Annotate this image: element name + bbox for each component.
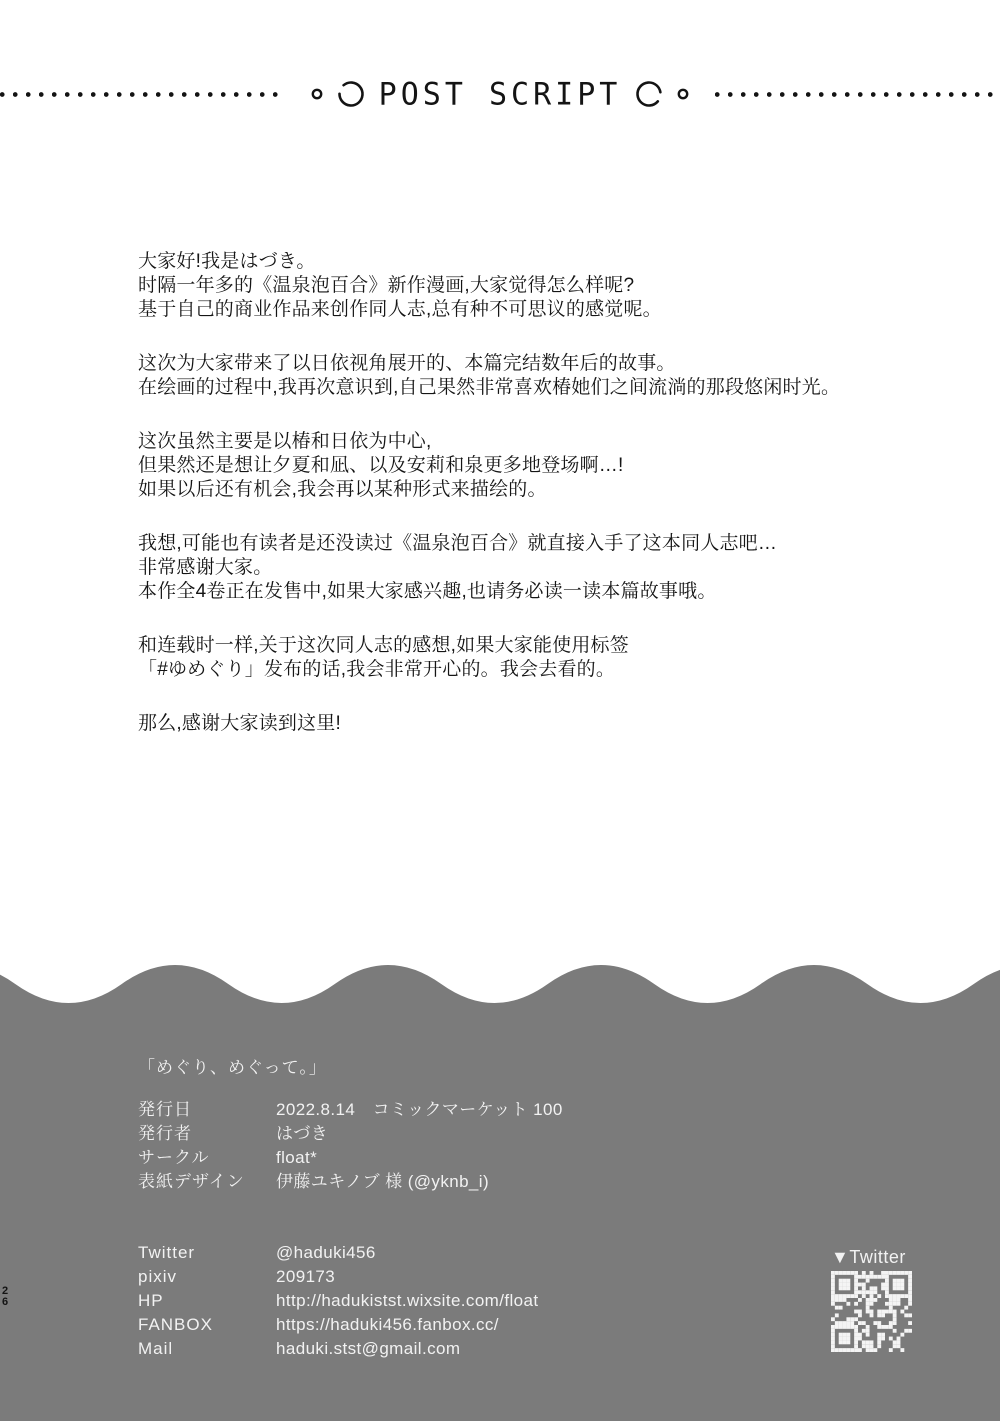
contact-label: FANBOX — [138, 1313, 276, 1337]
homepage-url: http://hadukistst.wixsite.com/float — [276, 1289, 539, 1313]
publication-value: 伊藤ユキノブ 様 (@yknb_i) — [276, 1170, 563, 1194]
paragraph: 这次为大家带来了以日依视角展开的、本篇完结数年后的故事。 在绘画的过程中,我再次… — [138, 352, 918, 400]
qr-code — [831, 1271, 912, 1352]
dotted-line-left — [0, 92, 285, 97]
contact-label: pixiv — [138, 1265, 276, 1289]
publication-label: 発行日 — [138, 1098, 276, 1122]
fanbox-url: https://haduki456.fanbox.cc/ — [276, 1313, 539, 1337]
small-circle-icon — [677, 88, 689, 100]
mail-address: haduki.stst@gmail.com — [276, 1337, 539, 1361]
contact-row: Mail haduki.stst@gmail.com — [138, 1337, 539, 1361]
postscript-header: POST SCRIPT — [0, 76, 1000, 112]
closing-line: 那么,感谢大家读到这里! — [138, 712, 918, 736]
paragraph: 大家好!我是はづき。 时隔一年多的《温泉泡百合》新作漫画,大家觉得怎么样呢? 基… — [138, 250, 918, 322]
publication-row: 発行者 はづき — [138, 1122, 563, 1146]
page-number: 26 — [2, 1286, 13, 1308]
publication-label: サークル — [138, 1146, 276, 1170]
publication-info: 発行日 2022.8.14 コミックマーケット 100 発行者 はづき サークル… — [138, 1098, 563, 1194]
contact-label: Twitter — [138, 1241, 276, 1265]
publication-row: 発行日 2022.8.14 コミックマーケット 100 — [138, 1098, 563, 1122]
publication-value: 2022.8.14 コミックマーケット 100 — [276, 1098, 563, 1122]
paragraph: 和连载时一样,关于这次同人志的感想,如果大家能使用标签 「#ゆめぐり」发布的话,… — [138, 634, 918, 682]
publication-label: 発行者 — [138, 1122, 276, 1146]
contact-row: HP http://hadukistst.wixsite.com/float — [138, 1289, 539, 1313]
contact-row: FANBOX https://haduki456.fanbox.cc/ — [138, 1313, 539, 1337]
contact-label: Mail — [138, 1337, 276, 1361]
publication-value: float* — [276, 1146, 563, 1170]
qr-twitter-label: ▼Twitter — [831, 1246, 906, 1268]
contact-row: pixiv 209173 — [138, 1265, 539, 1289]
afterword-text: 大家好!我是はづき。 时隔一年多的《温泉泡百合》新作漫画,大家觉得怎么样呢? 基… — [138, 250, 918, 766]
publication-label: 表紙デザイン — [138, 1170, 276, 1194]
header-center-group: POST SCRIPT — [285, 77, 716, 112]
paragraph: 我想,可能也有读者是还没读过《温泉泡百合》就直接入手了这本同人志吧… 非常感谢大… — [138, 532, 918, 604]
paragraph: 这次虽然主要是以椿和日依为中心, 但果然还是想让夕夏和凪、以及安莉和泉更多地登场… — [138, 430, 918, 502]
publication-value: はづき — [276, 1122, 563, 1146]
publication-row: 表紙デザイン 伊藤ユキノブ 様 (@yknb_i) — [138, 1170, 563, 1194]
publication-row: サークル float* — [138, 1146, 563, 1170]
dotted-line-right — [715, 92, 1000, 97]
contact-label: HP — [138, 1289, 276, 1313]
contact-row: Twitter @haduki456 — [138, 1241, 539, 1265]
open-circle-icon — [635, 80, 663, 108]
doujinshi-afterword-page: POST SCRIPT 大家好!我是はづき。 时隔一年多的《温泉泡百合》新作漫画… — [0, 0, 1000, 1421]
pixiv-id: 209173 — [276, 1265, 539, 1289]
open-circle-icon — [337, 80, 365, 108]
book-title: 「めぐり、めぐって。」 — [138, 1056, 327, 1080]
contact-info: Twitter @haduki456 pixiv 209173 HP http:… — [138, 1241, 539, 1361]
small-circle-icon — [311, 88, 323, 100]
postscript-title: POST SCRIPT — [379, 76, 622, 113]
twitter-handle: @haduki456 — [276, 1241, 539, 1265]
